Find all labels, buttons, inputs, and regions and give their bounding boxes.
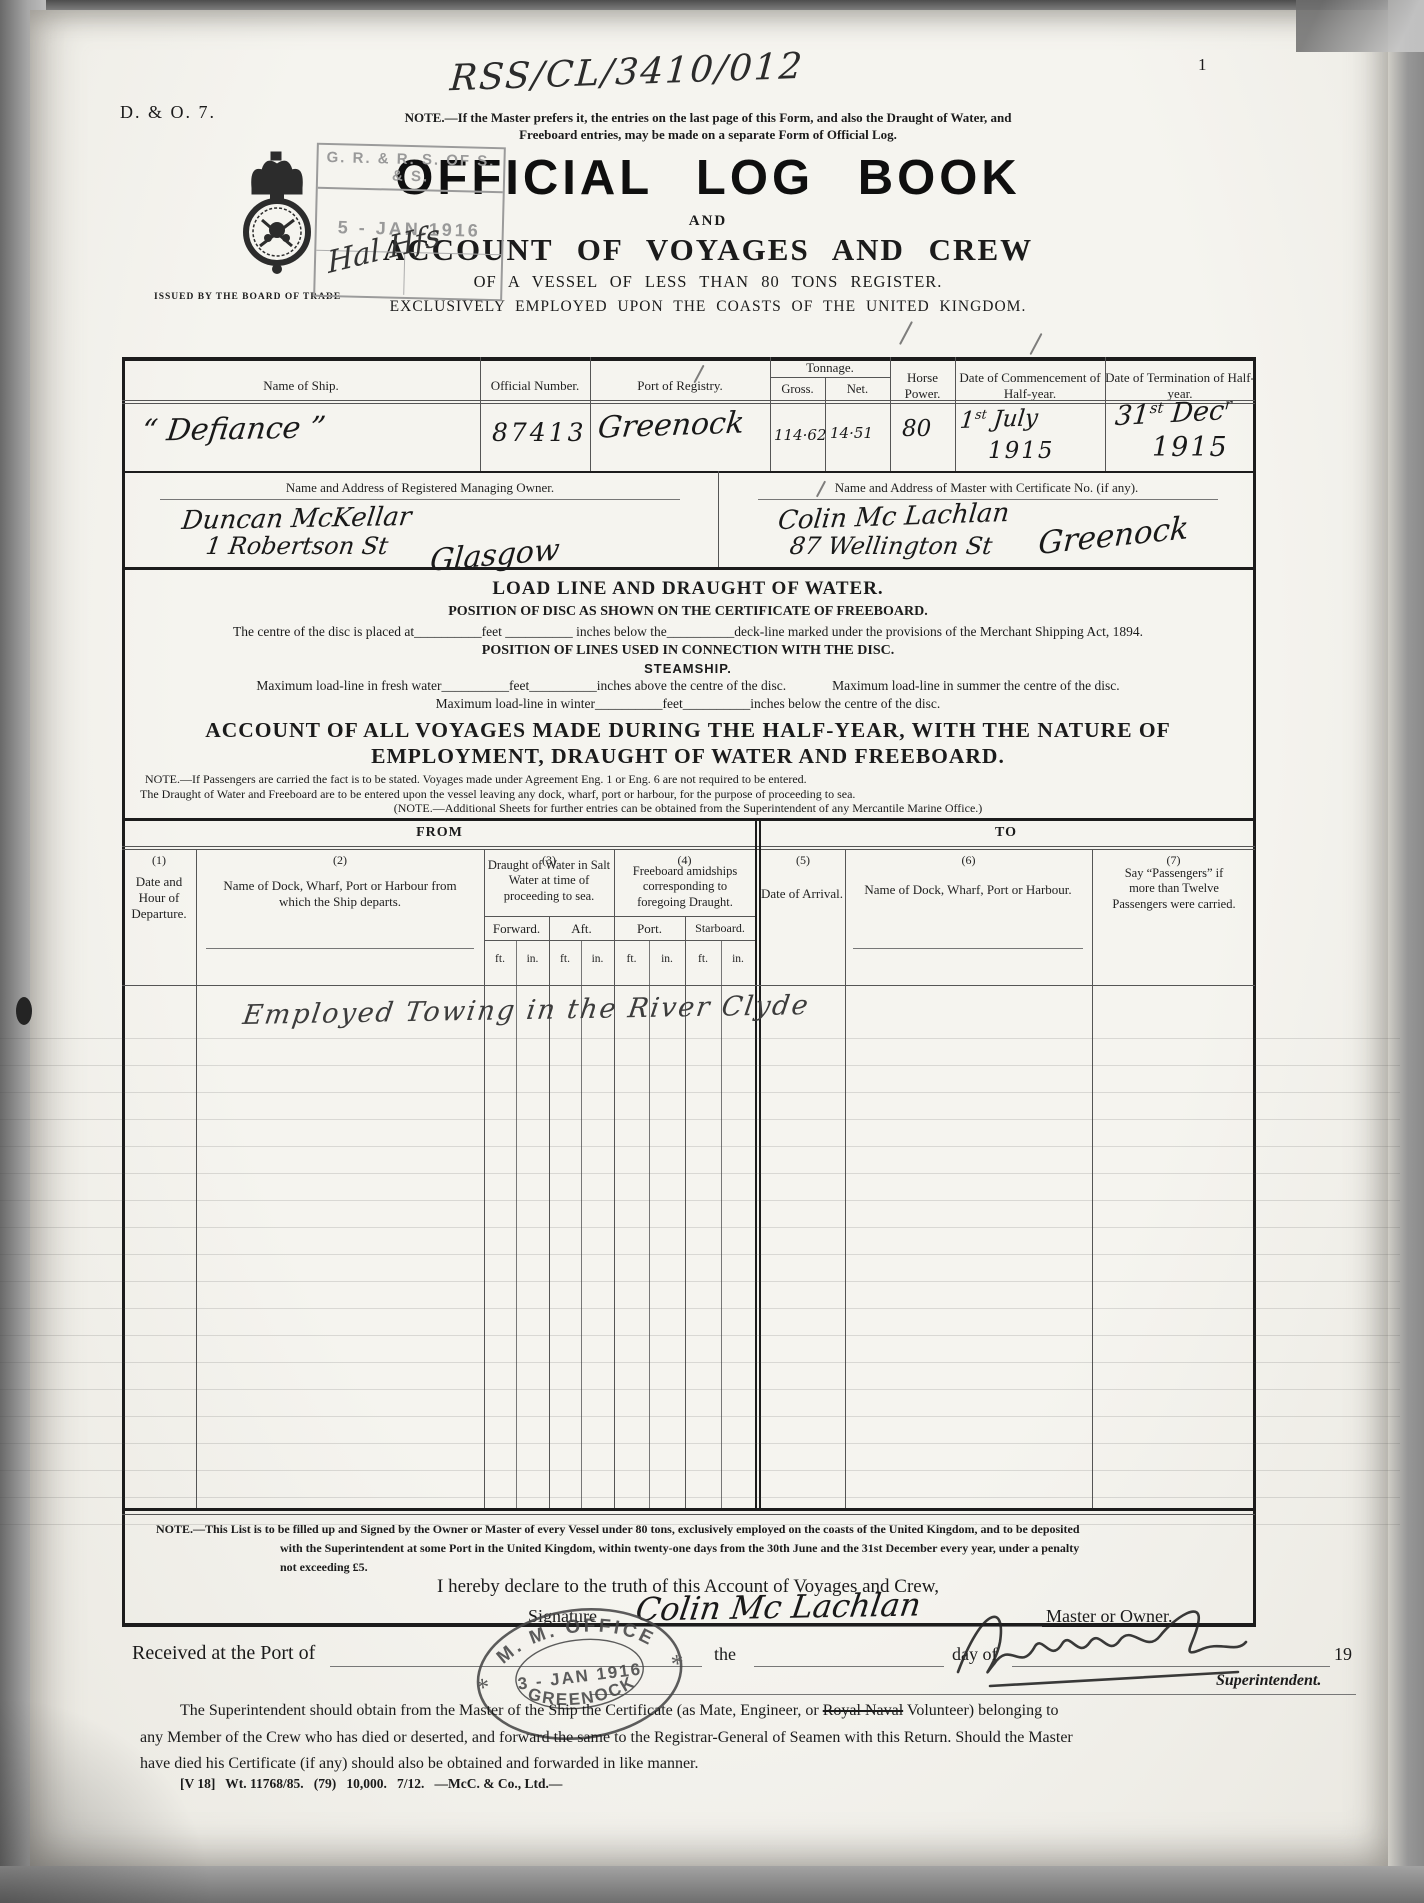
unit-ft: ft.	[685, 952, 721, 966]
declaration-note3: not exceeding £5.	[280, 1560, 368, 1575]
from-to-divider	[755, 818, 757, 1511]
value-name-of-ship: “ Defiance ”	[140, 410, 328, 448]
superintendent-signature	[948, 1592, 1258, 1702]
commencement-ordinal: st	[974, 406, 987, 421]
col6-number: (6)	[845, 853, 1092, 868]
tonnage-underline	[770, 377, 890, 378]
received-at-label: Received at the Port of	[132, 1642, 315, 1665]
loadline-winter: Maximum load-line in winter__________fee…	[30, 696, 1346, 712]
voyage-col-line	[1092, 849, 1093, 1511]
value-official-number: 87413	[492, 418, 587, 447]
ship-col-line	[590, 357, 591, 471]
loadline-heading: LOAD LINE AND DRAUGHT OF WATER.	[30, 578, 1346, 600]
scan-top-band	[0, 0, 1424, 10]
master-address: 87 Wellington St	[788, 532, 994, 560]
header-port-of-registry: Port of Registry.	[590, 378, 770, 394]
port-label: Port.	[614, 921, 685, 937]
voyages-note1: NOTE.—If Passengers are carried the fact…	[145, 772, 807, 787]
unit-in: in.	[649, 952, 685, 966]
header-tonnage: Tonnage.	[770, 360, 890, 376]
ship-separator	[122, 400, 1255, 401]
header-commencement: Date of Commencement of Half-year.	[955, 370, 1105, 402]
form-border-right	[1253, 357, 1256, 1627]
band-rule	[122, 846, 1255, 847]
voyages-note2: The Draught of Water and Freeboard are t…	[140, 787, 855, 802]
voyage-col-line	[484, 849, 485, 1511]
loadline-centre-line: The centre of the disc is placed at_____…	[30, 624, 1346, 640]
fill-rule	[754, 1666, 944, 1667]
commencement-day: 1	[959, 407, 976, 434]
scan-bottom-band	[0, 1866, 1424, 1903]
the-label: the	[714, 1644, 736, 1665]
form-border-left	[122, 357, 125, 1627]
voyage-table-bottom	[122, 1508, 1255, 1511]
header-official-number: Official Number.	[480, 378, 590, 394]
unit-ft: ft.	[484, 952, 516, 966]
scan-right-edge	[1388, 0, 1424, 1903]
value-commencement: 1st July	[959, 405, 1040, 434]
loadline-position-lines: POSITION OF LINES USED IN CONNECTION WIT…	[30, 643, 1346, 659]
voyages-heading2: EMPLOYMENT, DRAUGHT OF WATER AND FREEBOA…	[30, 744, 1346, 769]
col7-label: Say “Passengers” if more than Twelve Pas…	[1112, 866, 1236, 912]
form-page: 1 D. & O. 7. RSS/CL/3410/012 NOTE.—If th…	[30, 10, 1388, 1866]
writing-rule	[853, 948, 1083, 949]
col5-number: (5)	[761, 853, 845, 868]
stamp-star-right: *	[669, 1648, 685, 1678]
unit-in: in.	[721, 952, 755, 966]
header-net: Net.	[825, 382, 890, 397]
council-seal	[246, 194, 308, 274]
unit-ft: ft.	[549, 952, 581, 966]
ship-col-line	[480, 357, 481, 471]
col1-label: Date and Hour of Departure.	[128, 874, 190, 922]
scanned-document: 1 D. & O. 7. RSS/CL/3410/012 NOTE.—If th…	[0, 0, 1424, 1903]
subheader-rule	[484, 916, 755, 917]
master-name: Colin Mc Lachlan	[776, 498, 1010, 536]
to-label: TO	[757, 825, 1255, 841]
owner-city: Glasgow	[429, 532, 561, 579]
starboard-label: Starboard.	[685, 921, 755, 936]
col3-label: Draught of Water in Salt Water at time o…	[487, 858, 611, 904]
voyage-col-line	[845, 849, 846, 1511]
voyage-col-line	[614, 849, 615, 1511]
voyage-col-line	[196, 849, 197, 1511]
top-note-line1: NOTE.—If the Master prefers it, the entr…	[68, 110, 1348, 126]
handwritten-reference: RSS/CL/3410/012	[449, 46, 806, 99]
ft-in-divider	[649, 940, 650, 1511]
master-city: Greenock	[1037, 510, 1190, 562]
from-to-divider	[759, 818, 761, 1511]
loadline-steamship: STEAMSHIP.	[30, 661, 1346, 676]
value-net-tonnage: 14·51	[830, 424, 873, 442]
value-horse-power: 80	[902, 416, 931, 442]
voyage-header-bottom	[122, 985, 1255, 986]
pen-tick	[899, 321, 913, 345]
subheader-rule	[484, 940, 755, 941]
ft-in-divider	[581, 940, 582, 1511]
declaration-note2: with the Superintendent at some Port in …	[280, 1541, 1079, 1556]
forward-label: Forward.	[484, 921, 549, 937]
form-border-top	[122, 357, 1255, 361]
voyage-table-top	[122, 818, 1255, 821]
col4-label: Freeboard amidships corresponding to for…	[619, 864, 751, 910]
value-termination-year: 1915	[1152, 432, 1229, 463]
footer-para-line1: The Superintendent should obtain from th…	[180, 1702, 1370, 1720]
writing-rule	[206, 948, 474, 949]
owner-header: Name and Address of Registered Managing …	[122, 480, 718, 496]
ship-table-bottom	[122, 471, 1255, 473]
value-gross-tonnage: 114·62	[774, 426, 827, 444]
owner-name: Duncan McKellar	[180, 502, 413, 536]
page-number: 1	[1198, 55, 1207, 75]
col2-number: (2)	[196, 853, 484, 868]
header-name-of-ship: Name of Ship.	[122, 378, 480, 394]
aft-label: Aft.	[549, 921, 614, 937]
loadline-freshwater-row: Maximum load-line in fresh water________…	[30, 678, 1346, 694]
owner-address: 1 Robertson St	[204, 532, 390, 560]
voyage-table-bottom-rule	[122, 1514, 1255, 1515]
loadline-freshwater: Maximum load-line in fresh water________…	[256, 678, 786, 693]
ft-in-divider	[721, 940, 722, 1511]
owner-section-bottom	[122, 567, 1255, 570]
col6-label: Name of Dock, Wharf, Port or Harbour.	[853, 882, 1083, 898]
ship-separator	[122, 403, 1255, 404]
band-rule	[122, 849, 1255, 850]
unit-ft: ft.	[614, 952, 649, 966]
commencement-month: July	[992, 405, 1039, 433]
footer-para-line1-pre: The Superintendent should obtain from th…	[180, 1702, 823, 1719]
declaration-note1: NOTE.—This List is to be filled up and S…	[156, 1522, 1080, 1537]
voyage-entry: Employed Towing in the River Clyde	[241, 990, 812, 1031]
footer-para-line1-post: Volunteer) belonging to	[903, 1702, 1058, 1719]
col2-label: Name of Dock, Wharf, Port or Harbour fro…	[220, 878, 460, 910]
registry-stamp-title: G. R. & R. S. OF S. & S.	[318, 145, 504, 194]
footer-para-line3: have died his Certificate (if any) shoul…	[140, 1755, 1370, 1773]
col5-label: Date of Arrival.	[759, 886, 845, 902]
pen-tick	[1029, 333, 1042, 355]
header-horse-power: Horse Power.	[890, 370, 955, 402]
voyages-heading1: ACCOUNT OF ALL VOYAGES MADE DURING THE H…	[30, 718, 1346, 743]
stamp-star-left: *	[475, 1672, 491, 1702]
unit-in: in.	[581, 952, 614, 966]
value-commencement-year: 1915	[988, 438, 1055, 464]
loadline-summer: Maximum load-line in summer the centre o…	[832, 678, 1120, 693]
termination-ordinal2: r	[1224, 395, 1233, 413]
from-label: FROM	[122, 825, 757, 841]
termination-month: Dec	[1170, 395, 1225, 429]
year-prefix: 19	[1334, 1644, 1352, 1665]
board-of-trade-emblem	[238, 150, 316, 301]
loadline-position-disc: POSITION OF DISC AS SHOWN ON THE CERTIFI…	[30, 604, 1346, 620]
footer-para-line2: any Member of the Crew who has died or d…	[140, 1729, 1370, 1747]
owner-header-rule	[160, 499, 680, 500]
value-termination: 31st Decr	[1114, 395, 1233, 432]
unit-in: in.	[516, 952, 549, 966]
header-gross: Gross.	[770, 382, 825, 397]
termination-ordinal: st	[1149, 398, 1164, 417]
termination-day: 31	[1114, 399, 1151, 432]
printer-imprint: [V 18] Wt. 11768/85. (79) 10,000. 7/12. …	[180, 1776, 562, 1792]
voyages-note3: (NOTE.—Additional Sheets for further ent…	[30, 801, 1346, 816]
col1-number: (1)	[122, 853, 196, 868]
crown-icon	[252, 152, 303, 194]
footer-para-struck: Royal Naval	[823, 1702, 903, 1719]
master-header: Name and Address of Master with Certific…	[718, 480, 1255, 496]
top-note-line2: Freeboard entries, may be made on a sepa…	[68, 127, 1348, 143]
value-port-of-registry: Greenock	[596, 405, 746, 445]
